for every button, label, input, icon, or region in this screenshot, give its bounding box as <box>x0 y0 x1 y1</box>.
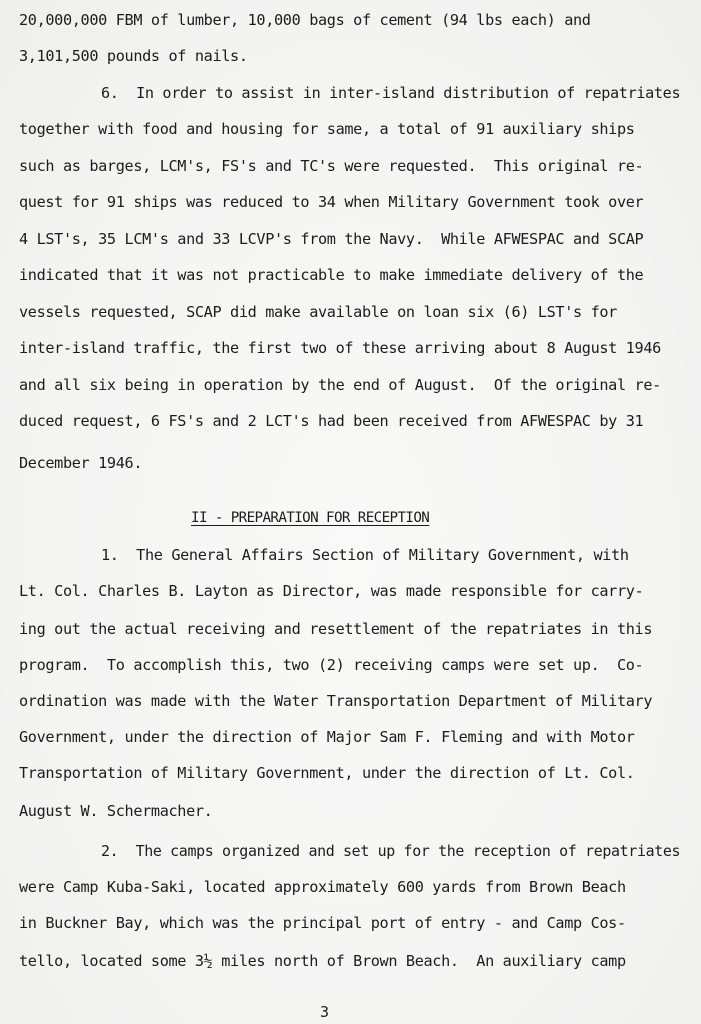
text-line: vessels requested, SCAP did make availab… <box>19 302 617 322</box>
text-line: 3,101,500 pounds of nails. <box>19 46 248 66</box>
text-line: August W. Schermacher. <box>19 801 212 821</box>
text-line: and all six being in operation by the en… <box>19 375 661 395</box>
section-heading: II - PREPARATION FOR RECEPTION <box>191 508 429 528</box>
document-page: 20,000,000 FBM of lumber, 10,000 bags of… <box>0 0 701 1024</box>
text-line: indicated that it was not practicable to… <box>19 265 643 285</box>
text-line: inter-island traffic, the first two of t… <box>19 338 661 358</box>
text-line: together with food and housing for same,… <box>19 119 635 139</box>
text-line: such as barges, LCM's, FS's and TC's wer… <box>19 156 643 176</box>
text-line: ordination was made with the Water Trans… <box>19 691 652 711</box>
text-line: Government, under the direction of Major… <box>19 727 635 747</box>
text-line: duced request, 6 FS's and 2 LCT's had be… <box>19 411 643 431</box>
text-line: were Camp Kuba-Saki, located approximate… <box>19 877 626 897</box>
text-line: in Buckner Bay, which was the principal … <box>19 913 626 933</box>
text-line: 20,000,000 FBM of lumber, 10,000 bags of… <box>19 10 591 30</box>
text-line: program. To accomplish this, two (2) rec… <box>19 655 643 675</box>
text-line: quest for 91 ships was reduced to 34 whe… <box>19 192 643 212</box>
text-line: December 1946. <box>19 453 142 473</box>
text-line: 4 LST's, 35 LCM's and 33 LCVP's from the… <box>19 229 643 249</box>
paragraph-2-start: 2. The camps organized and set up for th… <box>101 841 680 861</box>
text-line: ing out the actual receiving and resettl… <box>19 619 652 639</box>
text-line: Lt. Col. Charles B. Layton as Director, … <box>19 581 643 601</box>
text-line: tello, located some 3½ miles north of Br… <box>19 951 626 971</box>
paragraph-1-start: 1. The General Affairs Section of Milita… <box>101 545 629 565</box>
page-number: 3 <box>320 1002 329 1022</box>
text-line: Transportation of Military Government, u… <box>19 763 635 783</box>
paragraph-6-start: 6. In order to assist in inter-island di… <box>101 83 680 103</box>
